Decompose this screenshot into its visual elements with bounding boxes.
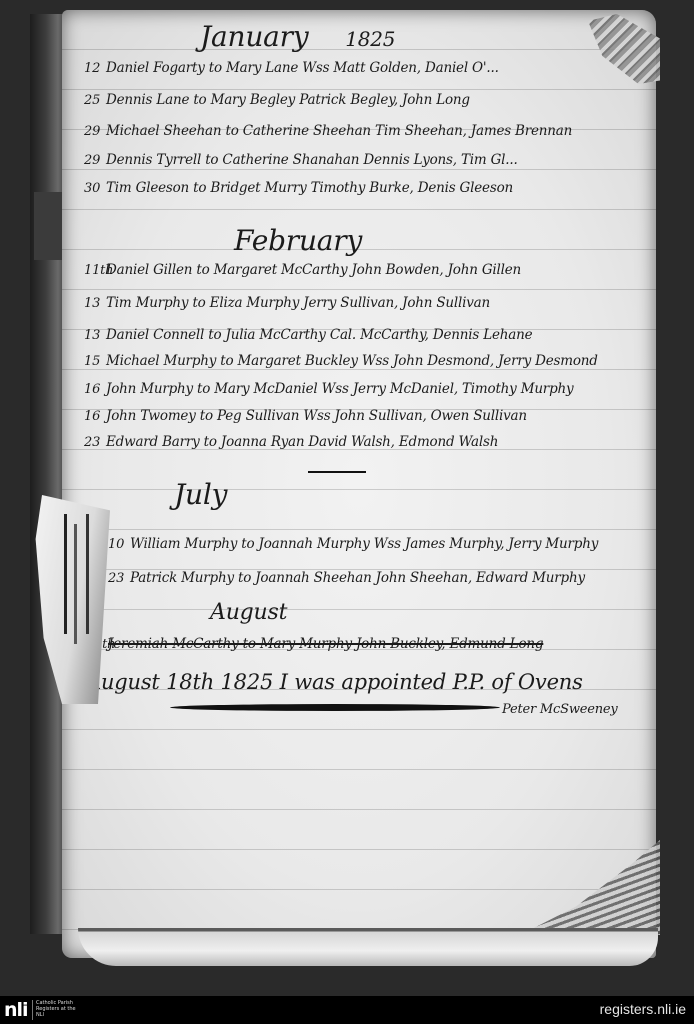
priest-signature: Peter McSweeney (502, 702, 618, 717)
register-entry: 16John Twomey to Peg Sullivan Wss John S… (84, 408, 527, 424)
ink-flourish (170, 704, 500, 711)
logo-divider (32, 1000, 33, 1020)
register-entry: 25Dennis Lane to Mary Begley Patrick Beg… (84, 92, 470, 108)
nli-logo[interactable]: nli (4, 999, 28, 1021)
register-entry: 13Daniel Connell to Julia McCarthy Cal. … (84, 327, 532, 343)
document-viewer: January 1825 12Daniel Fogarty to Mary La… (0, 0, 694, 996)
register-entry: 29Dennis Tyrrell to Catherine Shanahan D… (84, 152, 518, 168)
register-entry: 10William Murphy to Joannah Murphy Wss J… (108, 536, 598, 552)
register-entry: 29Michael Sheehan to Catherine Sheehan T… (84, 123, 572, 139)
footer-bar: nli Catholic Parish Registers at the NLI… (0, 996, 694, 1024)
register-entry: 30Tim Gleeson to Bridget Murry Timothy B… (84, 180, 513, 196)
register-entry: 23Patrick Murphy to Joannah Sheehan John… (108, 570, 585, 586)
year-heading: 1825 (345, 27, 395, 51)
month-heading-february: February (234, 224, 362, 257)
month-heading-july: July (174, 478, 227, 511)
register-entry: 12Daniel Fogarty to Mary Lane Wss Matt G… (84, 60, 499, 76)
month-heading-january: January 1825 (200, 20, 395, 53)
register-entry: 13Tim Murphy to Eliza Murphy Jerry Sulli… (84, 295, 490, 311)
section-divider (308, 471, 366, 473)
register-entry: 11thDaniel Gillen to Margaret McCarthy J… (84, 262, 521, 278)
register-page: January 1825 12Daniel Fogarty to Mary La… (62, 10, 656, 958)
nli-logo-subtitle: Catholic Parish Registers at the NLI (36, 1000, 76, 1018)
register-entry-struck: 24thJeremiah McCarthy to Mary Murphy Joh… (86, 636, 543, 652)
register-entry: 15Michael Murphy to Margaret Buckley Wss… (84, 353, 598, 369)
registers-site-link[interactable]: registers.nli.ie (600, 1001, 686, 1017)
appointment-note: August 18th 1825 I was appointed P.P. of… (86, 670, 583, 694)
month-heading-august: August (210, 600, 287, 625)
register-entry: 16John Murphy to Mary McDaniel Wss Jerry… (84, 381, 573, 397)
register-entry: 23Edward Barry to Joanna Ryan David Wals… (84, 434, 498, 450)
page-bottom-edge (78, 928, 658, 966)
